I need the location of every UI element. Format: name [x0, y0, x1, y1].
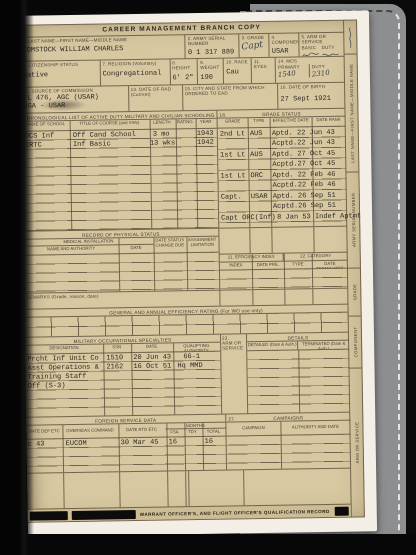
weight-value: 190: [200, 74, 221, 82]
rad-field: 13. DATE OF RAD (Current): [129, 85, 183, 111]
race-field: 10. RACE Cau: [224, 58, 252, 83]
birth-field: 16. DATE OF BIRTH 27 Sept 1921: [278, 83, 344, 109]
authority-cell: Hq MMD: [177, 362, 202, 370]
citizenship-value: Native: [23, 71, 98, 80]
serial-field: 2. ARMY SERIAL NUMBER 0 1 317 889: [186, 34, 240, 58]
mos-table: DESIGNATION SSN DATE QUALIFYING AUTHORIT…: [25, 343, 221, 417]
col-date-returned: DATE RTD ETC: [118, 424, 166, 438]
schooling-grade-band: 17. CHRONOLOGICAL LIST OF ACTIVE DUTY MI…: [21, 109, 346, 232]
campaigns-table: CAMPAIGN AUTHORITY AND DATE: [226, 421, 351, 470]
col-title-of-course: TITLE OF COURSE (and SSN): [69, 120, 149, 130]
race-value: Cau: [226, 68, 249, 76]
remarks-right-cells: [220, 289, 347, 306]
mos-section: MILITARY OCCUPATIONAL SPECIALTIES DESIGN…: [25, 335, 222, 417]
edge-label: ARM OR SERVICE: [354, 422, 360, 464]
col-detailed: DETAILED (Date & Auth.): [247, 341, 298, 350]
col-date-pre: DATE PRE.: [252, 262, 284, 270]
campaigns-number: 27.: [228, 416, 235, 421]
col-date-terminated: DATE TERMINATED: [312, 261, 348, 269]
col-year: YEAR: [195, 119, 217, 128]
date-cell: Aptd. 27 Oct 45: [272, 149, 335, 158]
rad-label: 13. DATE OF RAD (Current): [131, 86, 180, 97]
grade-status-section: 18. GRADE STATUS GRADE TYPE EFFECTIVE DA…: [217, 109, 347, 228]
weight-field: 9. WEIGHT 190: [198, 59, 224, 84]
edge-box-arm: ARM OR SERVICE: [350, 368, 364, 516]
handwriting-scribble: [302, 51, 320, 57]
grade-status-header-text: GRADE STATUS: [262, 111, 301, 117]
religion-field: 7. RELIGION (Voluntary) Congregational: [100, 59, 170, 85]
height-field: 8. HEIGHT 6' 2": [170, 59, 198, 84]
course-cell: Inf Basic: [73, 140, 111, 149]
col-fsa: FSA: [165, 429, 183, 436]
col-assignment-limitation: ASSIGNMENT LIMITATION: [186, 237, 219, 253]
edge-box-name: LAST NAME—FIRST NAME—MIDDLE NAME: [345, 54, 359, 172]
date-cell: Aptd. 22 Feb 46: [272, 170, 335, 179]
name-value: COMSTOCK WILLIAM CHARLES: [22, 44, 183, 55]
eyes-label: 11. EYES: [254, 59, 273, 70]
edge-box-component: COMPONENT: [349, 316, 362, 368]
commission-field: 12. SOURCE OF COMMISSION FL 476, AGC (US…: [21, 86, 129, 113]
grade-value: Capt: [241, 40, 267, 53]
col-total: TOTAL: [201, 429, 225, 436]
physical-table: MEDICAL INSTALLATION NAME AND AUTHORITY …: [23, 237, 219, 293]
edge-label: LAST NAME—FIRST NAME—MIDDLE NAME: [348, 63, 355, 162]
efficiency-section: 21. EFFICIENCY INDEX 22. CATEGORY INDEX …: [219, 227, 348, 290]
mos-box: 14. MOS PRIMARY 1540 DUTY 2310: [276, 57, 344, 83]
ssn-cell: 2162: [106, 363, 123, 371]
binder-top-edge: [0, 0, 250, 11]
serial-label: 2. ARMY SERIAL NUMBER: [188, 35, 237, 46]
col-date-rank: DATE RANK: [312, 117, 346, 127]
arm-or-service-column: 23. ARM OR SERVICE: [221, 334, 248, 413]
name-field: 1. LAST NAME—FIRST NAME—MIDDLE NAME COMS…: [20, 35, 186, 61]
edge-box-serial: ARMY SERIAL NUMBER: [346, 172, 360, 268]
height-label: 8. HEIGHT: [172, 60, 195, 71]
grade-cell: 1st Lt: [220, 172, 245, 180]
race-label: 10. RACE: [226, 59, 249, 65]
col-index: INDEX: [220, 262, 252, 270]
col-designation: DESIGNATION: [25, 345, 103, 354]
date-returned-cell: 30 Mar 45: [121, 439, 159, 448]
edge-label: GRADE: [352, 284, 357, 301]
col-length: LENGTH: [149, 119, 175, 128]
authority-cell: 66-1: [183, 353, 200, 361]
grade-cell: 1st Lt: [220, 151, 245, 159]
designation-cell: Training Staff: [28, 373, 87, 382]
form-main-column: CAREER MANAGEMENT BRANCH COPY 1. LAST NA…: [20, 21, 352, 522]
commission-line2: NGA - USAR: [23, 101, 126, 111]
mos-duty-value: 2310: [312, 68, 343, 79]
schooling-table: NAME OF SCHOOL TITLE OF COURSE (and SSN)…: [22, 119, 219, 231]
serial-value: 0 1 317 889: [188, 49, 237, 58]
foreign-service-section: FOREIGN SERVICE DATA DATE DEP ETC OVERSE…: [26, 415, 227, 473]
length-cell: 13 wks: [150, 139, 175, 147]
schooling-section: 17. CHRONOLOGICAL LIST OF ACTIVE DUTY MI…: [21, 111, 219, 231]
grade-status-number: 18.: [219, 112, 226, 117]
city-label: 15. CITY AND STATE FROM WHICH ORDERED TO…: [185, 85, 276, 97]
category-header: 22. CATEGORY: [284, 253, 348, 261]
arm-service-label: 5. ARM OR SERVICE: [301, 34, 341, 45]
details-section: 23. ARM OR SERVICE DETAILS DETAILED (Dat…: [221, 333, 350, 414]
col-ssn: SSN: [103, 344, 131, 352]
component-value: USAR: [272, 48, 297, 56]
type-cell: AUS: [250, 129, 263, 137]
grade-cell: 2nd Lt: [220, 130, 245, 138]
col-campaign: CAMPAIGN: [226, 422, 280, 436]
type-cell: USAR: [251, 192, 268, 200]
weight-label: 9. WEIGHT: [200, 60, 221, 71]
date-cell: Acptd.27 Oct 45: [272, 160, 335, 169]
year-cell: 1942: [197, 139, 214, 147]
date-cell: 8 Jan 53 Indef Aptmt: [277, 212, 361, 221]
binder-spine: [0, 0, 34, 555]
edge-box: [344, 20, 357, 54]
handwriting-scribble: [347, 26, 353, 48]
edge-label: COMPONENT: [352, 327, 357, 358]
birth-label: 16. DATE OF BIRTH: [280, 84, 342, 90]
fsa-cell: 16: [169, 438, 178, 446]
index-tab: [30, 511, 68, 521]
designation-cell: Asst Operations &: [27, 364, 99, 373]
col-name-authority: NAME AND AUTHORITY: [24, 245, 119, 254]
col-terminated: TERMINATED (Date & Auth.): [298, 341, 349, 350]
date-cell: Acptd.22 Jun 43: [272, 139, 335, 148]
bottom-form-title: WARRANT OFFICER'S, AND FLIGHT OFFICER'S …: [140, 508, 330, 516]
foreign-band: FOREIGN SERVICE DATA DATE DEP ETC OVERSE…: [26, 413, 350, 474]
physical-efficiency-band: RECORD OF PHYSICAL STATUS MEDICAL INSTAL…: [23, 227, 347, 294]
physical-status-section: RECORD OF PHYSICAL STATUS MEDICAL INSTAL…: [23, 229, 220, 293]
col-cat-type: TYPE: [284, 261, 312, 268]
religion-value: Congregational: [103, 70, 168, 79]
component-label: 4. COMPONENT: [271, 34, 296, 45]
col-mos-date: DATE: [131, 343, 173, 352]
birth-value: 27 Sept 1921: [280, 95, 342, 104]
arm-service-field: 5. ARM OR SERVICE BASIC DUTY: [299, 33, 343, 57]
edge-box-grade: GRADE: [348, 268, 361, 316]
height-value: 6' 2": [172, 74, 195, 82]
religion-label: 7. RELIGION (Voluntary): [102, 60, 167, 66]
col-overseas-command: OVERSEAS COMMAND: [62, 424, 118, 438]
component-field: 4. COMPONENT USAR: [269, 33, 299, 56]
date-cell: Aptd. 22 Jun 43: [272, 128, 335, 137]
date-cell: Acptd.26 Sep 51: [273, 202, 336, 211]
col-authority-date: AUTHORITY AND DATE: [280, 421, 350, 435]
length-cell: 3 mo: [153, 130, 170, 138]
type-cell: ORC: [250, 171, 263, 179]
col-qualifying-authority: QUALIFYING AUTHORITY: [172, 343, 220, 352]
career-form: CAREER MANAGEMENT BRANCH COPY 1. LAST NA…: [20, 19, 365, 522]
col-rating: RATING: [175, 119, 195, 128]
grade-cell: Capt ORC(Inf): [221, 213, 276, 222]
date-cell: Acptd.22 Feb 46: [273, 181, 336, 190]
col-grade: GRADE: [218, 118, 248, 127]
col-status-change: DATE STATUS CHANGE DUE: [153, 237, 186, 253]
record-page: CAREER MANAGEMENT BRANCH COPY 1. LAST NA…: [20, 10, 377, 536]
total-cell: 16: [205, 438, 214, 446]
campaigns-header-text: CAMPAIGNS: [273, 415, 303, 420]
empty-rows-band: [27, 469, 351, 509]
grade-field: 3. GRADE Capt: [240, 34, 270, 57]
efficiency-table: 21. EFFICIENCY INDEX 22. CATEGORY INDEX …: [220, 253, 349, 290]
grade-cell: Capt.: [221, 193, 242, 201]
ssn-cell: 1510: [106, 354, 123, 362]
campaigns-section: 27. CAMPAIGNS CAMPAIGN AUTHORITY AND DAT…: [226, 413, 351, 470]
type-cell: AUS: [250, 150, 263, 158]
date-cell: 20 Jun 43: [133, 353, 171, 362]
designation-cell: Prcht Inf Unit Co: [27, 355, 99, 364]
col-effective-date: EFFECTIVE DATE: [270, 117, 312, 127]
index-tab: [72, 510, 136, 520]
handwriting-scribble: [322, 50, 340, 56]
details-header: DETAILS: [247, 333, 349, 343]
remarks-section: REMARKS (Grade, reason, date): [24, 291, 220, 309]
date-cell: Aptd. 26 Sep 51: [273, 191, 336, 200]
mos-band: MILITARY OCCUPATIONAL SPECIALTIES DESIGN…: [25, 333, 349, 418]
index-tab: [335, 506, 349, 515]
city-field: 15. CITY AND STATE FROM WHICH ORDERED TO…: [183, 84, 279, 111]
eyes-field: 11. EYES: [252, 58, 276, 83]
date-cell: 16 Oct 51: [133, 362, 171, 371]
year-cell: 1943: [197, 130, 214, 138]
course-cell: Off Cand School: [73, 131, 136, 140]
efficiency-index-header: 21. EFFICIENCY INDEX: [220, 254, 284, 262]
mos-box-label: 14. MOS: [278, 58, 342, 64]
col-date: DATE: [119, 245, 154, 254]
name-label: 1. LAST NAME—FIRST NAME—MIDDLE NAME: [22, 36, 183, 44]
arm-column-label: ARM OR SERVICE: [222, 340, 245, 351]
grade-status-table: GRADE TYPE EFFECTIVE DATE DATE RANK 2nd …: [218, 117, 348, 228]
binder-bottom-edge: [0, 534, 416, 555]
column-divider: [298, 350, 300, 412]
col-tdy: TDY: [183, 429, 201, 436]
mos-primary-value: 1540: [278, 68, 310, 79]
foreign-table: DATE DEP ETC OVERSEAS COMMAND DATE RTD E…: [26, 423, 226, 473]
col-type: TYPE: [248, 118, 270, 127]
command-cell: EUCOM: [66, 440, 87, 448]
